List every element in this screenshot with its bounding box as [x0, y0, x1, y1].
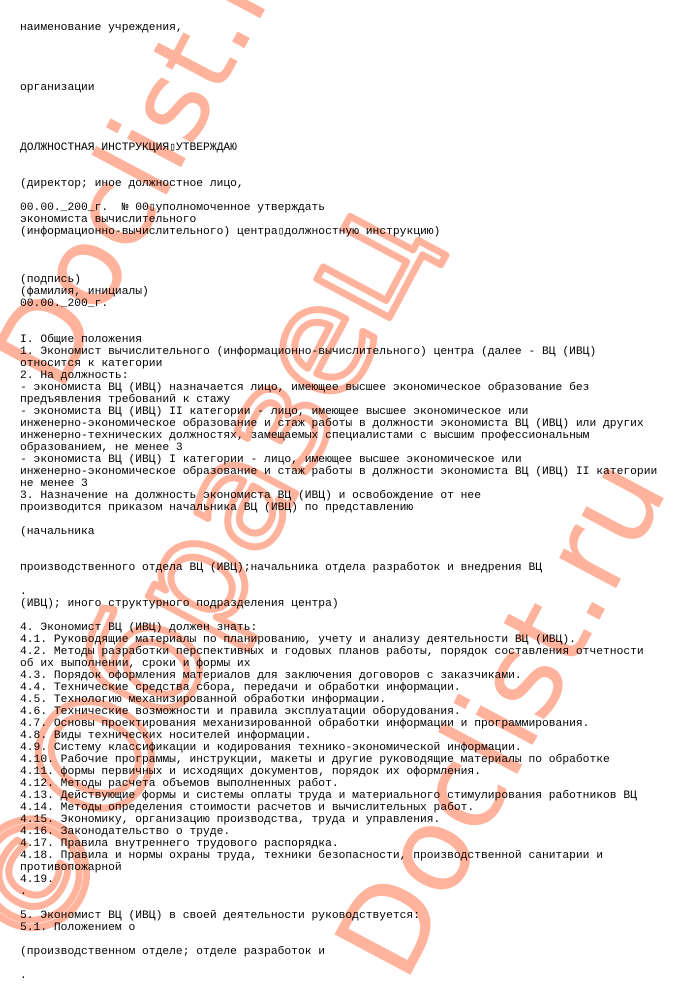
document-line: - экономиста ВЦ (ИВЦ) I категории - лицо…	[20, 454, 522, 466]
document-line: .	[20, 586, 27, 598]
document-line: (начальника	[20, 526, 95, 538]
document-line: об их выполнении, сроки и формы их	[20, 658, 251, 670]
document-line: противопожарной	[20, 862, 122, 874]
document-line: 00.00._200_г. № 00▯уполномоченное утверж…	[20, 202, 325, 214]
document-line: 4.14. Методы определения стоимости расче…	[20, 802, 474, 814]
document-line: 2. На должность:	[20, 370, 128, 382]
document-line: 4.17. Правила внутреннего трудового расп…	[20, 838, 339, 850]
document-line: 4.2. Методы разработки перспективных и г…	[20, 646, 644, 658]
document-line: относится к категории	[20, 358, 162, 370]
document-line: 4.12. Методы расчета объемов выполненных…	[20, 778, 339, 790]
document-line: предъявления требований к стажу	[20, 394, 230, 406]
document-line: 4.13. Действующие формы и системы оплаты…	[20, 790, 637, 802]
document-line: 4.5. Технологию механизированной обработ…	[20, 694, 386, 706]
document-line: экономиста вычислительного	[20, 214, 196, 226]
document-line: ДОЛЖНОСТНАЯ ИНСТРУКЦИЯ▯УТВЕРЖДАЮ	[20, 142, 237, 154]
document-line: (директор; иное должностное лицо,	[20, 178, 244, 190]
document-line: инженерно-экономическое образование и ст…	[20, 418, 644, 430]
document-line: 00.00._200_г.	[20, 298, 108, 310]
document-line: 1. Экономист вычислительного (информацио…	[20, 346, 596, 358]
document-line: не менее 3	[20, 478, 88, 490]
document-line: 4.1. Руководящие материалы по планирован…	[20, 634, 576, 646]
document-line: наименование учреждения,	[20, 22, 183, 34]
document-line: 5.1. Положением о	[20, 922, 135, 934]
document-line: производственного отдела ВЦ (ИВЦ);началь…	[20, 562, 542, 574]
document-line: 4.11. формы первичных и исходящих докуме…	[20, 766, 481, 778]
document-line: 4.10. Рабочие программы, инструкции, мак…	[20, 754, 610, 766]
document-line: 4.15. Экономику, организацию производств…	[20, 814, 440, 826]
document-line: 4.4. Технические средства сбора, передач…	[20, 682, 461, 694]
document-line: I. Общие положения	[20, 334, 142, 346]
document-line: .	[20, 886, 27, 898]
document-line: (производственном отделе; отделе разрабо…	[20, 946, 325, 958]
document-line: 4.6. Технические возможности и правила э…	[20, 706, 461, 718]
document-line: образованием, не менее 3	[20, 442, 183, 454]
document-line: 4.8. Виды технических носителей информац…	[20, 730, 312, 742]
document-line: (ИВЦ); иного структурного подразделения …	[20, 598, 339, 610]
document-line: (фамилия, инициалы)	[20, 286, 149, 298]
document-line: 3. Назначение на должность экономиста ВЦ…	[20, 490, 481, 502]
document-line: - экономиста ВЦ (ИВЦ) назначается лицо, …	[20, 382, 589, 394]
document-line: 4.3. Порядок оформления материалов для з…	[20, 670, 522, 682]
document-line: производится приказом начальника ВЦ (ИВЦ…	[20, 502, 413, 514]
document-line: (информационно-вычислительного) центра▯д…	[20, 226, 440, 238]
document-line: .	[20, 970, 27, 982]
document-line: (подпись)	[20, 274, 81, 286]
document-line: 4.16. Законодательство о труде.	[20, 826, 230, 838]
document-line: 4.9. Систему классификации и кодирования…	[20, 742, 522, 754]
document-line: инженерно-технических должностях, замеща…	[20, 430, 589, 442]
document-line: инженерно-экономическое образование и ст…	[20, 466, 657, 478]
document-line: 5. Экономист ВЦ (ИВЦ) в своей деятельнос…	[20, 910, 420, 922]
document-line: 4. Экономист ВЦ (ИВЦ) должен знать:	[20, 622, 257, 634]
document-line: 4.18. Правила и нормы охраны труда, техн…	[20, 850, 603, 862]
document-line: 4.7. Основы проектирования механизирован…	[20, 718, 589, 730]
document-line: 4.19.	[20, 874, 54, 886]
document-line: организации	[20, 82, 95, 94]
document-line: - экономиста ВЦ (ИВЦ) II категории - лиц…	[20, 406, 528, 418]
